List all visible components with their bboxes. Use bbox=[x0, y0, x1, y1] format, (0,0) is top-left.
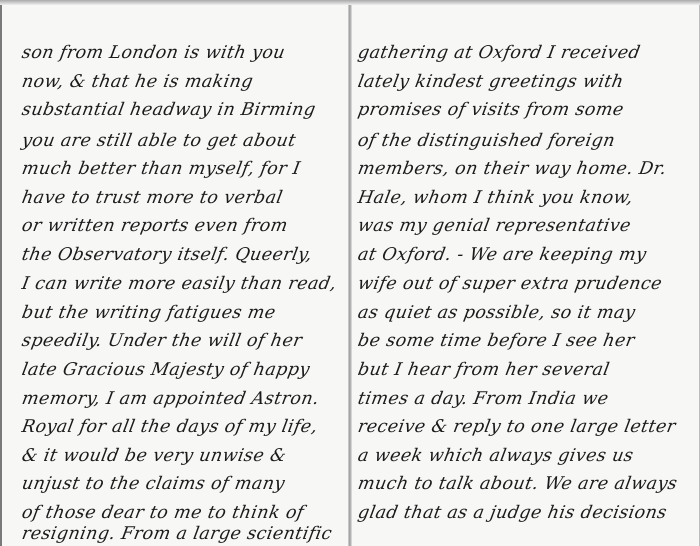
right-line-16: much to talk about. We are always bbox=[356, 474, 679, 494]
right-page: gathering at Oxford I received lately ki… bbox=[350, 0, 700, 546]
right-line-10: as quiet as possible, so it may bbox=[356, 303, 637, 323]
right-line-4: of the distinguished foreign bbox=[356, 131, 616, 151]
right-line-17: glad that as a judge his decisions bbox=[356, 503, 668, 523]
left-line-6: have to trust more to verbal bbox=[20, 188, 284, 208]
paper-top-edge bbox=[0, 0, 700, 5]
center-fold bbox=[348, 0, 352, 546]
left-line-5: much better than myself, for I bbox=[20, 159, 302, 179]
left-line-18: resigning. From a large scientific bbox=[20, 524, 333, 544]
right-line-9: wife out of super extra prudence bbox=[356, 274, 663, 294]
right-line-12: but I hear from her several bbox=[356, 360, 611, 380]
left-line-11: speedily. Under the will of her bbox=[20, 331, 304, 351]
left-line-17: of those dear to me to think of bbox=[20, 503, 305, 523]
left-line-4: you are still able to get about bbox=[20, 131, 297, 151]
left-line-15: & it would be very unwise & bbox=[20, 446, 288, 466]
left-line-8: the Observatory itself. Queerly, bbox=[20, 245, 313, 265]
letter-scan: son from London is with you now, & that … bbox=[0, 0, 700, 546]
right-line-7: was my genial representative bbox=[356, 216, 632, 236]
right-line-5: members, on their way home. Dr. bbox=[356, 159, 668, 179]
left-line-1: son from London is with you bbox=[20, 43, 286, 63]
left-line-3: substantial headway in Birming bbox=[20, 100, 317, 120]
left-line-14: Royal for all the days of my life, bbox=[20, 417, 319, 437]
right-line-14: receive & reply to one large letter bbox=[356, 417, 677, 437]
right-line-3: promises of visits from some bbox=[356, 100, 625, 120]
left-line-7: or written reports even from bbox=[20, 216, 289, 236]
left-line-12: late Gracious Majesty of happy bbox=[20, 360, 311, 380]
right-line-8: at Oxford. - We are keeping my bbox=[356, 245, 648, 265]
left-line-2: now, & that he is making bbox=[20, 72, 254, 92]
left-page: son from London is with you now, & that … bbox=[0, 0, 350, 546]
right-line-15: a week which always gives us bbox=[356, 446, 635, 466]
right-line-1: gathering at Oxford I received bbox=[356, 43, 642, 63]
left-line-9: I can write more easily than read, bbox=[20, 274, 338, 294]
right-line-6: Hale, whom I think you know, bbox=[356, 188, 634, 208]
left-line-16: unjust to the claims of many bbox=[20, 474, 286, 494]
right-line-2: lately kindest greetings with bbox=[356, 72, 625, 92]
left-line-10: but the writing fatigues me bbox=[20, 303, 277, 323]
right-line-11: be some time before I see her bbox=[356, 331, 636, 351]
right-line-13: times a day. From India we bbox=[356, 389, 610, 409]
left-line-13: memory, I am appointed Astron. bbox=[20, 389, 321, 409]
